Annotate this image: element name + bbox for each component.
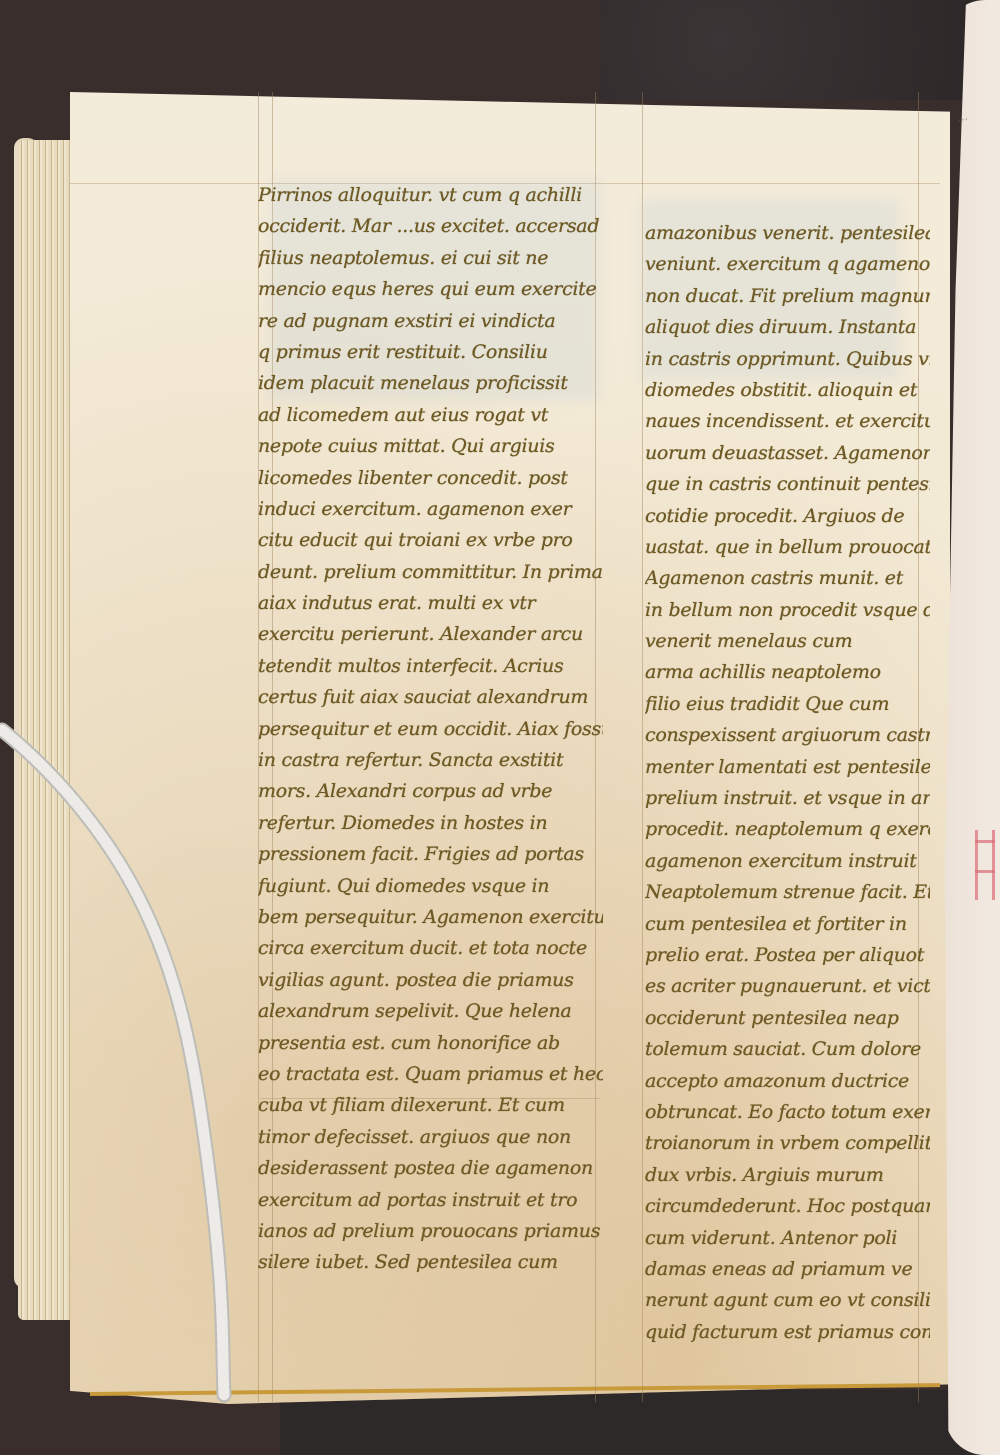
manuscript-line: refertur. Diomedes in hostes in — [258, 808, 603, 839]
page-block-edges — [18, 140, 70, 1320]
manuscript-line: arma achillis neaptolemo — [645, 657, 930, 688]
manuscript-line: in castris opprimunt. Quibus vix — [645, 344, 930, 375]
manuscript-line: mencio equs heres qui eum exercite — [258, 274, 603, 305]
manuscript-line: filius neaptolemus. ei cui sit ne — [258, 243, 603, 274]
manuscript-line: Agamenon castris munit. et — [645, 563, 930, 594]
manuscript-line: nepote cuius mittat. Qui argiuis — [258, 431, 603, 462]
manuscript-line: veniunt. exercitum q agamenon — [645, 249, 930, 280]
manuscript-line: Pirrinos alloquitur. vt cum q achilli — [258, 180, 603, 211]
manuscript-line: Neaptolemum strenue facit. Et — [645, 877, 930, 908]
manuscript-line: induci exercitum. agamenon exer — [258, 494, 603, 525]
manuscript-line: in castra refertur. Sancta exstitit — [258, 745, 603, 776]
manuscript-line: pressionem facit. Frigies ad portas — [258, 839, 603, 870]
manuscript-line: deunt. prelium committitur. In prima aci… — [258, 557, 603, 588]
manuscript-line: troianorum in vrbem compellit — [645, 1128, 930, 1159]
manuscript-line: ianos ad prelium prouocans priamus — [258, 1216, 603, 1247]
manuscript-line: persequitur et eum occidit. Aiax fossus — [258, 714, 603, 745]
manuscript-line: agamenon exercitum instruit — [645, 846, 930, 877]
manuscript-line: naues incendissent. et exercitum argi — [645, 406, 930, 437]
manuscript-line: in bellum non procedit vsque dum — [645, 595, 930, 626]
manuscript-line: tetendit multos interfecit. Acrius — [258, 651, 603, 682]
manuscript-line: idem placuit menelaus proficissit — [258, 368, 603, 399]
manuscript-line: licomedes libenter concedit. post — [258, 463, 603, 494]
manuscript-line: circa exercitum ducit. et tota nocte — [258, 933, 603, 964]
text-column-right: amazonibus venerit. pentesileaveniunt. e… — [645, 218, 930, 1348]
manuscript-line: prelio erat. Postea per aliquot di — [645, 940, 930, 971]
manuscript-line: silere iubet. Sed pentesilea cum — [258, 1247, 603, 1278]
manuscript-line: filio eius tradidit Que cum — [645, 689, 930, 720]
manuscript-line: cotidie procedit. Argiuos de — [645, 501, 930, 532]
manuscript-line: bem persequitur. Agamenon exercitu — [258, 902, 603, 933]
manuscript-line: non ducat. Fit prelium magnum per — [645, 281, 930, 312]
manuscript-line: q primus erit restituit. Consiliu — [258, 337, 603, 368]
manuscript-line: eo tractata est. Quam priamus et hec — [258, 1059, 603, 1090]
manuscript-line: amazonibus venerit. pentesilea — [645, 218, 930, 249]
manuscript-line: mors. Alexandri corpus ad vrbe — [258, 776, 603, 807]
manuscript-line: circumdederunt. Hoc postquam troiani — [645, 1191, 930, 1222]
manuscript-line: dux vrbis. Argiuis murum — [645, 1160, 930, 1191]
manuscript-line: cum pentesilea et fortiter in — [645, 909, 930, 940]
manuscript-line: accepto amazonum ductrice — [645, 1066, 930, 1097]
manuscript-line: certus fuit aiax sauciat alexandrum — [258, 682, 603, 713]
manuscript-line: menter lamentati est pentesilea — [645, 752, 930, 783]
manuscript-line: timor defecisset. argiuos que non — [258, 1122, 603, 1153]
manuscript-line: alexandrum sepelivit. Que helena — [258, 996, 603, 1027]
manuscript-line: occiderit. Mar ...us excitet. accersad — [258, 211, 603, 242]
manuscript-line: vigilias agunt. postea die priamus — [258, 965, 603, 996]
background-dark-cloth-bottom — [280, 1390, 1000, 1455]
manuscript-line: aiax indutus erat. multi ex vtr — [258, 588, 603, 619]
manuscript-line: prelium instruit. et vsque in argiuorum — [645, 783, 930, 814]
manuscript-line: procedit. neaptolemum q exercitum — [645, 814, 930, 845]
manuscript-line: desiderassent postea die agamenon — [258, 1153, 603, 1184]
manuscript-line: obtruncat. Eo facto totum exercitum — [645, 1097, 930, 1128]
manuscript-line: aliquot dies diruum. Instanta — [645, 312, 930, 343]
manuscript-line: exercitu perierunt. Alexander arcu — [258, 619, 603, 650]
manuscript-line: nerunt agunt cum eo vt consilio fiat — [645, 1285, 930, 1316]
manuscript-line: fugiunt. Qui diomedes vsque in — [258, 871, 603, 902]
manuscript-line: exercitum ad portas instruit et tro — [258, 1185, 603, 1216]
manuscript-line: cuba vt filiam dilexerunt. Et cum — [258, 1090, 603, 1121]
text-column-left: Pirrinos alloquitur. vt cum q achilliocc… — [258, 180, 603, 1279]
manuscript-line: re ad pugnam exstiri ei vindicta — [258, 306, 603, 337]
red-rubric-initial — [975, 830, 995, 900]
manuscript-line: damas eneas ad priamum ve — [645, 1254, 930, 1285]
manuscript-line: presentia est. cum honorifice ab — [258, 1028, 603, 1059]
manuscript-line: uorum deuastasset. Agamenon — [645, 438, 930, 469]
manuscript-line: tolemum sauciat. Cum dolore — [645, 1034, 930, 1065]
manuscript-line: es acriter pugnauerunt. et victos — [645, 971, 930, 1002]
manuscript-line: cum viderunt. Antenor poli — [645, 1223, 930, 1254]
manuscript-line: diomedes obstitit. alioquin et — [645, 375, 930, 406]
manuscript-line: uastat. que in bellum prouocat. — [645, 532, 930, 563]
manuscript-line: citu educit qui troiani ex vrbe pro — [258, 525, 603, 556]
manuscript-line: conspexissent argiuorum castra vehe — [645, 720, 930, 751]
manuscript-line: occiderunt pentesilea neap — [645, 1003, 930, 1034]
manuscript-line: venerit menelaus cum — [645, 626, 930, 657]
manuscript-line: quid facturum est priamus consilio — [645, 1317, 930, 1348]
manuscript-line: que in castris continuit pentesilea — [645, 469, 930, 500]
background-dark-cloth — [600, 0, 1000, 100]
manuscript-line: ad licomedem aut eius rogat vt — [258, 400, 603, 431]
